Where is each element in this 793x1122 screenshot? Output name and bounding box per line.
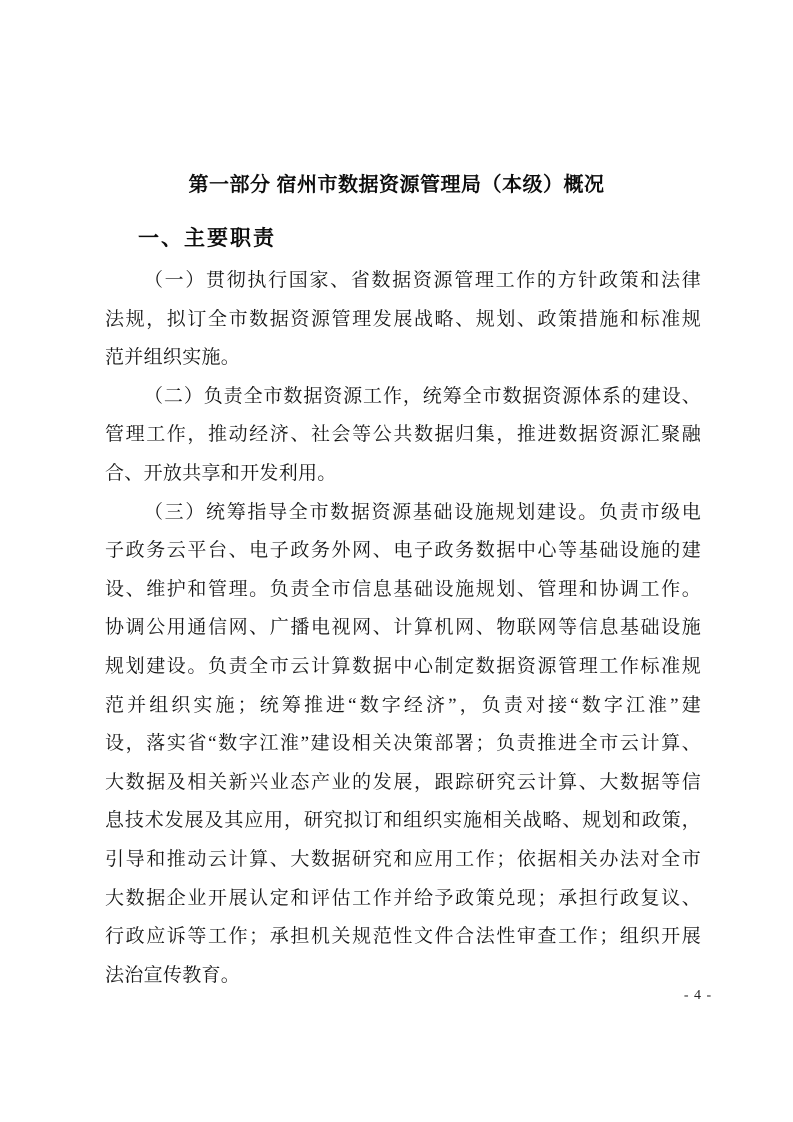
text-line: 息技术发展及其应用，研究拟订和组织实施相关战略、规划和政策，	[105, 802, 701, 841]
text-line: 法规，拟订全市数据资源管理发展战略、规划、政策措施和标准规	[105, 301, 701, 340]
text-line: 法治宣传教育。	[105, 957, 701, 996]
text-line: 设、维护和管理。负责全市信息基础设施规划、管理和协调工作。	[105, 571, 701, 610]
text-line: 协调公用通信网、广播电视网、计算机网、物联网等信息基础设施	[105, 609, 701, 648]
text-line: 管理工作，推动经济、社会等公共数据归集，推进数据资源汇聚融	[105, 416, 701, 455]
text-line: 大数据及相关新兴业态产业的发展，跟踪研究云计算、大数据等信	[105, 764, 701, 803]
text-line: 引导和推动云计算、大数据研究和应用工作；依据相关办法对全市	[105, 841, 701, 880]
section-heading: 一、主要职责	[138, 222, 276, 252]
text-line: 范并组织实施；统筹推进“数字经济”，负责对接“数字江淮”建	[105, 687, 701, 726]
paragraph-3: （三）统筹指导全市数据资源基础设施规划建设。负责市级电 子政务云平台、电子政务外…	[105, 494, 701, 996]
paragraph-2: （二）负责全市数据资源工作，统筹全市数据资源体系的建设、 管理工作，推动经济、社…	[105, 378, 701, 494]
text-line: （一）贯彻执行国家、省数据资源管理工作的方针政策和法律	[105, 262, 701, 301]
text-line: （二）负责全市数据资源工作，统筹全市数据资源体系的建设、	[105, 378, 701, 417]
text-line: 大数据企业开展认定和评估工作并给予政策兑现；承担行政复议、	[105, 880, 701, 919]
text-line: 设，落实省“数字江淮”建设相关决策部署；负责推进全市云计算、	[105, 725, 701, 764]
paragraph-1: （一）贯彻执行国家、省数据资源管理工作的方针政策和法律 法规，拟订全市数据资源管…	[105, 262, 701, 378]
text-line: 子政务云平台、电子政务外网、电子政务数据中心等基础设施的建	[105, 532, 701, 571]
text-line: 行政应诉等工作；承担机关规范性文件合法性审查工作；组织开展	[105, 918, 701, 957]
text-line: 规划建设。负责全市云计算数据中心制定数据资源管理工作标准规	[105, 648, 701, 687]
text-line: 范并组织实施。	[105, 339, 701, 378]
document-title: 第一部分 宿州市数据资源管理局（本级）概况	[0, 168, 793, 197]
page-number: - 4 -	[668, 988, 728, 1004]
text-line: （三）统筹指导全市数据资源基础设施规划建设。负责市级电	[105, 494, 701, 533]
document-body: （一）贯彻执行国家、省数据资源管理工作的方针政策和法律 法规，拟订全市数据资源管…	[105, 262, 701, 995]
text-line: 合、开放共享和开发利用。	[105, 455, 701, 494]
document-page: 第一部分 宿州市数据资源管理局（本级）概况 一、主要职责 （一）贯彻执行国家、省…	[0, 0, 793, 1122]
